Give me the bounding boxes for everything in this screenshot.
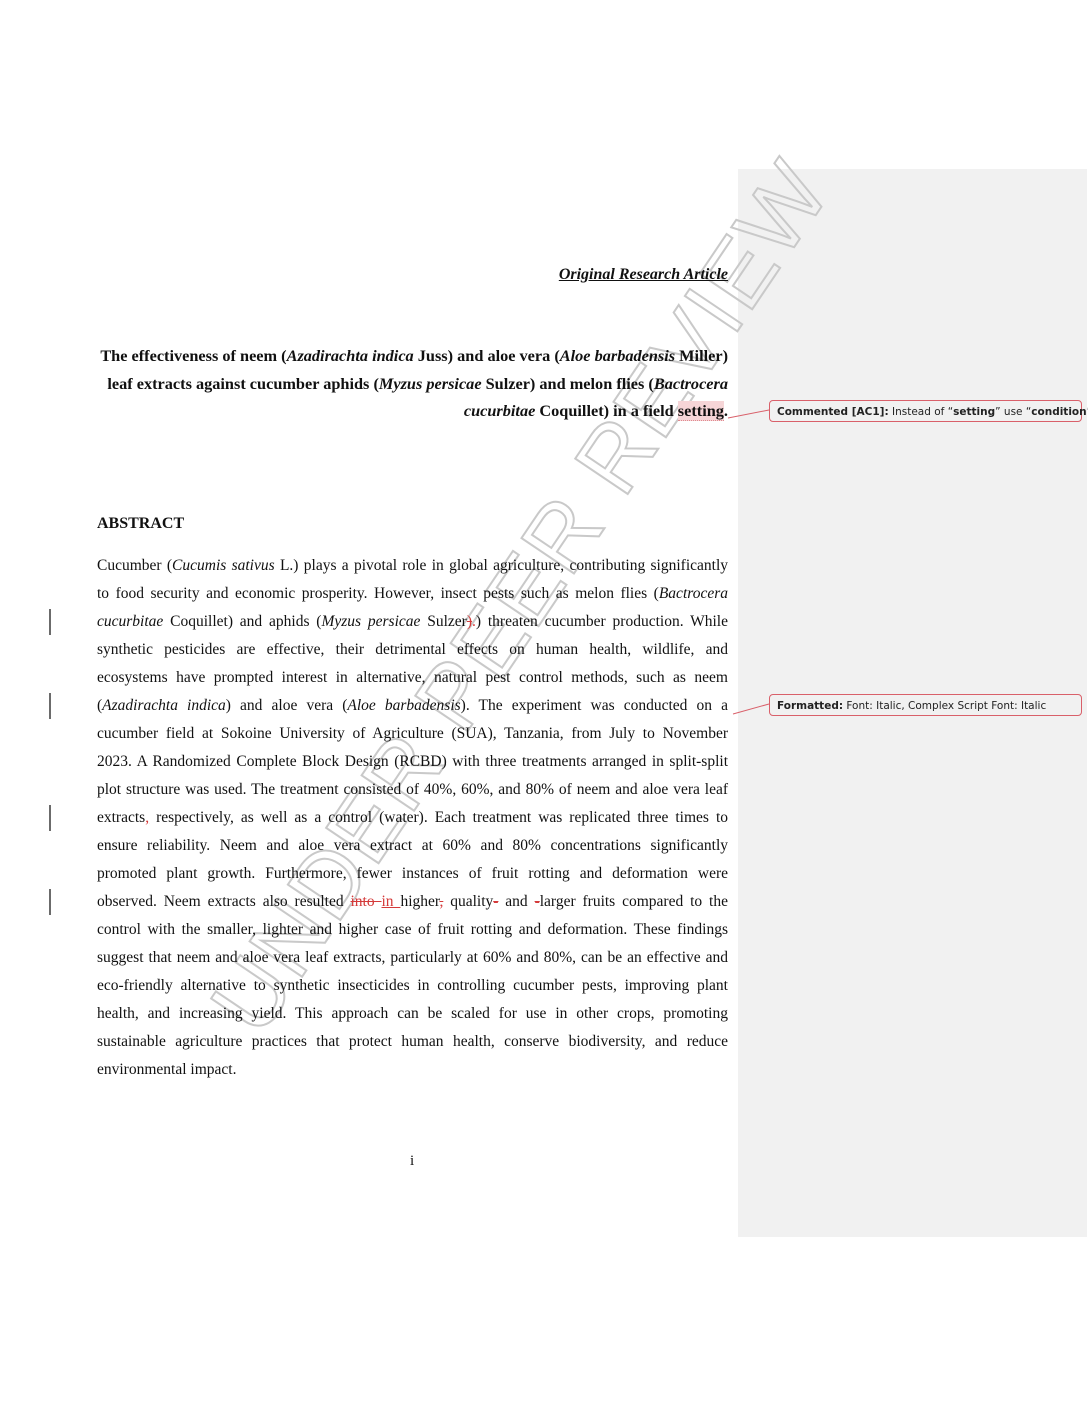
format-change-balloon[interactable]: Formatted: Font: Italic, Complex Script …	[769, 694, 1082, 716]
page-number: i	[410, 1153, 414, 1170]
deleted-text[interactable]: into	[351, 893, 382, 910]
change-bar	[49, 609, 51, 635]
article-title: The effectiveness of neem (Azadirachta i…	[97, 342, 728, 425]
comment-balloon[interactable]: Commented [AC1]: Instead of “setting” us…	[769, 400, 1082, 422]
change-bar	[49, 889, 51, 915]
comment-label: Commented [AC1]:	[777, 406, 889, 418]
change-bar	[49, 693, 51, 719]
commented-text-setting[interactable]: setting	[678, 401, 724, 421]
abstract-body: Cucumber (Cucumis sativus L.) plays a pi…	[97, 552, 728, 1084]
abstract-heading: ABSTRACT	[97, 515, 184, 533]
inserted-text[interactable]: in	[382, 893, 401, 910]
article-type-label: Original Research Article	[559, 266, 728, 284]
format-label: Formatted:	[777, 700, 843, 712]
change-bar	[49, 805, 51, 831]
